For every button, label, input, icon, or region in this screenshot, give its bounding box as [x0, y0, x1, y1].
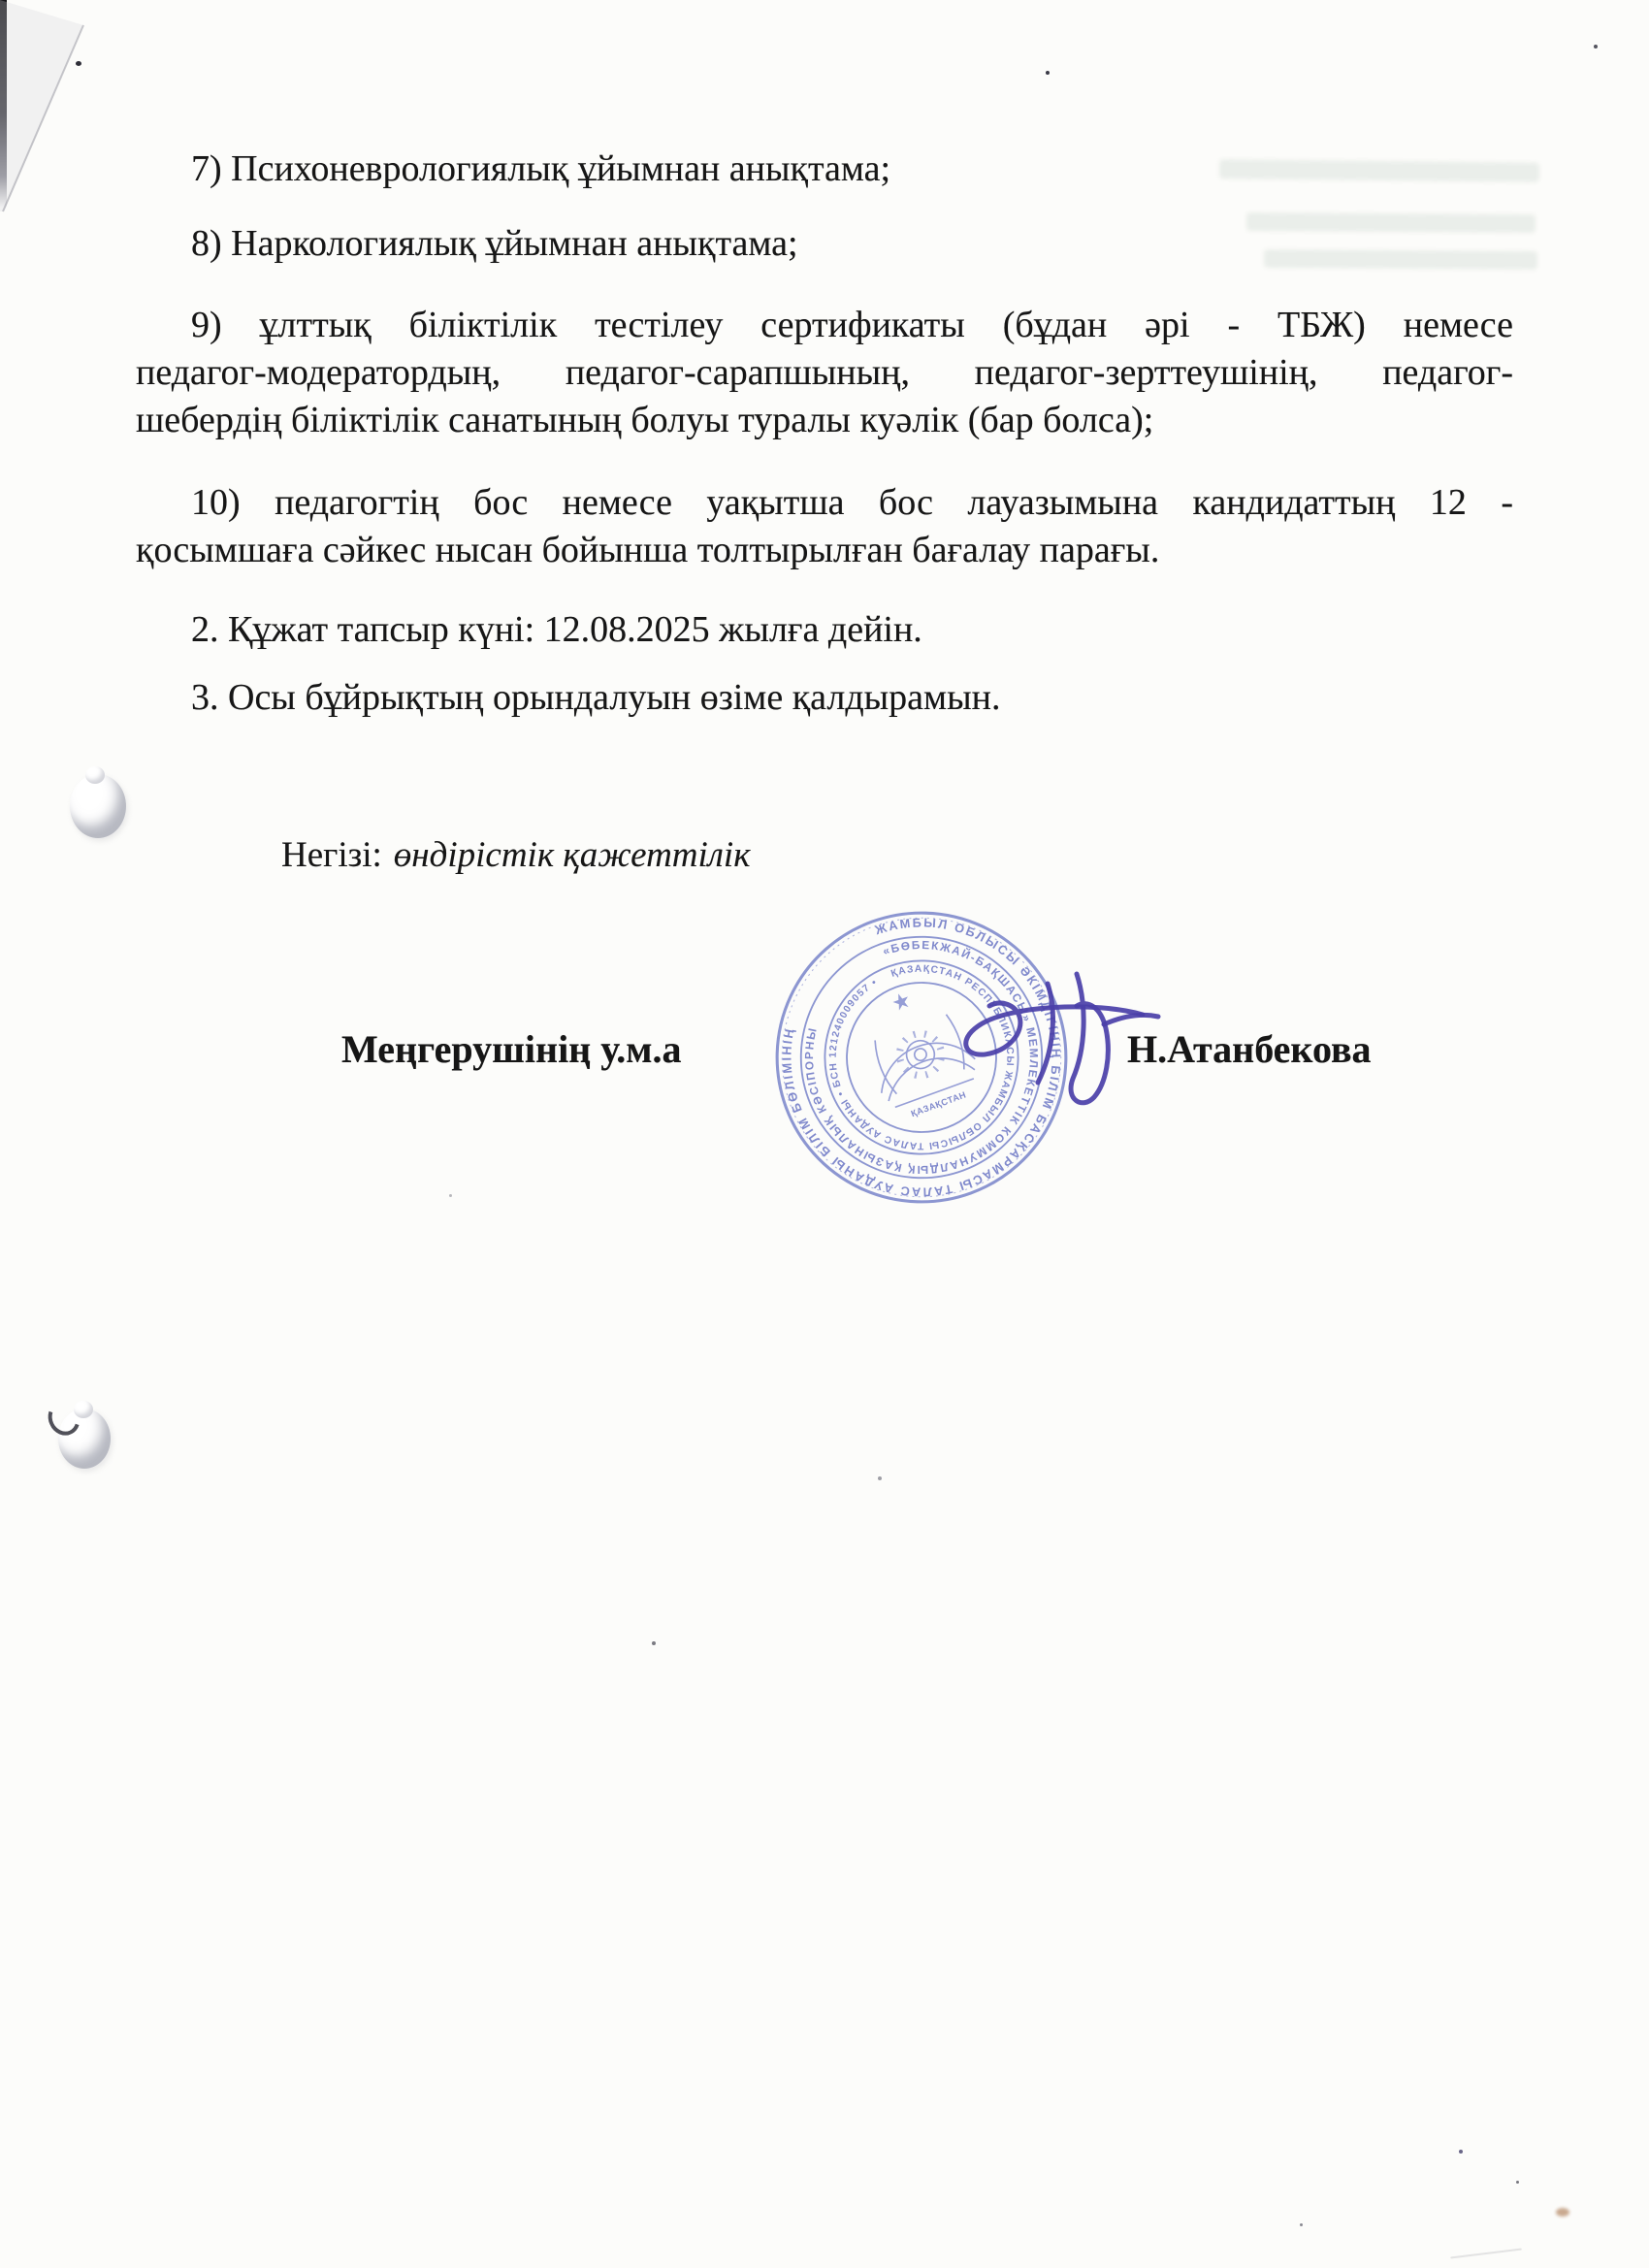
text-line: 3. Осы бұйрықтың орындалуын өзіме қалдыр…	[136, 674, 1513, 722]
text-line: шебердің біліктілік санатының болуы тура…	[136, 397, 1513, 444]
point-3: 3. Осы бұйрықтың орындалуын өзіме қалдыр…	[136, 674, 1513, 722]
scanned-document-page: 7) Психоневрологиялық ұйымнан анықтама; …	[0, 0, 1649, 2268]
fiber-thread	[1450, 2248, 1522, 2258]
list-item-10: 10) педагогтің бос немесе уақытша бос ла…	[136, 479, 1513, 574]
list-item-7: 7) Психоневрологиялық ұйымнан анықтама;	[136, 146, 1513, 193]
text-line: 7) Психоневрологиялық ұйымнан анықтама;	[136, 146, 1513, 193]
dust-speck	[1516, 2181, 1519, 2184]
dust-speck	[652, 1641, 656, 1645]
dust-speck	[449, 1194, 452, 1197]
basis-line: Негізі:өндірістік қажеттілік	[281, 834, 751, 876]
document-body: 7) Психоневрологиялық ұйымнан анықтама; …	[136, 146, 1513, 722]
list-item-8: 8) Наркологиялық ұйымнан анықтама;	[136, 220, 1513, 268]
basis-label: Негізі:	[281, 835, 382, 875]
signature-strokes	[951, 962, 1183, 1132]
text-line: 10) педагогтің бос немесе уақытша бос ла…	[136, 479, 1513, 527]
text-line: педагог-модератордың, педагог-сарапшының…	[136, 349, 1513, 397]
basis-value: өндірістік қажеттілік	[394, 835, 751, 875]
paper-stain	[1556, 2208, 1569, 2217]
list-item-9: 9) ұлттық біліктілік тестілеу сертификат…	[136, 302, 1513, 444]
dust-speck	[1594, 45, 1598, 49]
signatory-title: Меңгерушінің у.м.а	[341, 1026, 681, 1072]
handwritten-signature	[951, 962, 1183, 1132]
dust-speck	[1459, 2150, 1463, 2154]
text-line: 2. Құжат тапсыр күні: 12.08.2025 жылға д…	[136, 606, 1513, 654]
dust-speck	[76, 61, 81, 66]
dust-speck	[1046, 71, 1050, 75]
dust-speck	[1300, 2223, 1303, 2226]
point-2: 2. Құжат тапсыр күні: 12.08.2025 жылға д…	[136, 606, 1513, 654]
text-line: 9) ұлттық біліктілік тестілеу сертификат…	[136, 302, 1513, 349]
dust-speck	[878, 1476, 882, 1480]
text-line: қосымшаға сәйкес нысан бойынша толтырылғ…	[136, 527, 1513, 574]
binder-hole-emboss	[70, 774, 126, 838]
text-line: 8) Наркологиялық ұйымнан анықтама;	[136, 220, 1513, 268]
